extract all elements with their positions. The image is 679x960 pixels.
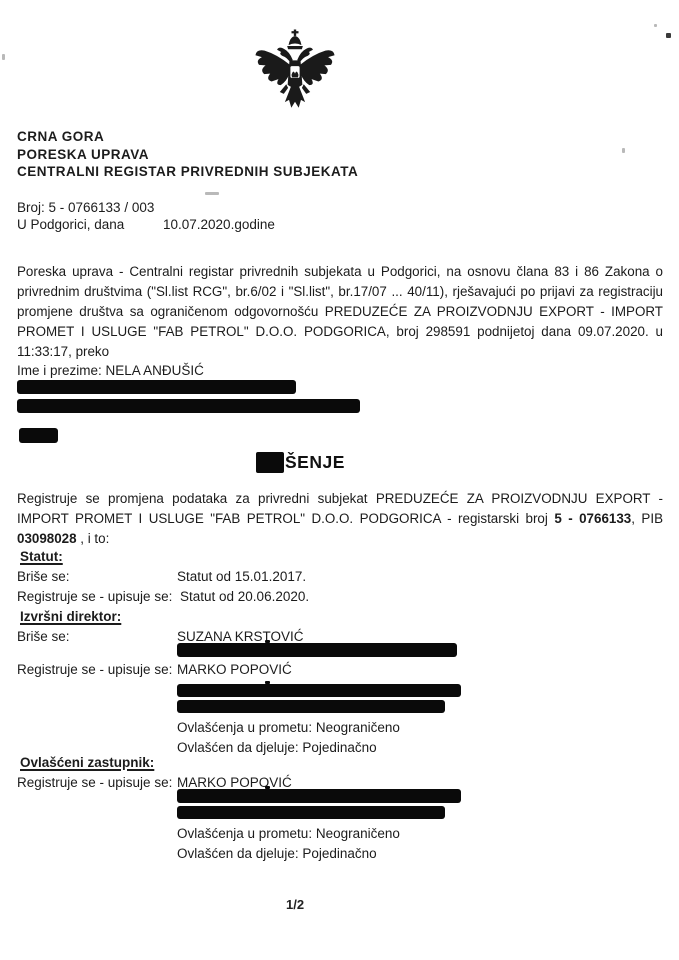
submitter-line: Ime i prezime: NELA ANĐUŠIĆ: [17, 361, 204, 381]
scan-speck: [622, 148, 625, 153]
registry-number: 5 - 0766133: [554, 511, 631, 526]
letterhead: CRNA GORA PORESKA UPRAVA CENTRALNI REGIS…: [17, 128, 358, 181]
decision-paragraph-part: , PIB: [631, 511, 663, 526]
decision-title: ŠENJE: [256, 452, 345, 473]
decision-paragraph-part: , i to:: [77, 531, 110, 546]
pib-number: 03098028: [17, 531, 77, 546]
director-old-name: SUZANA KRSTOVIĆ: [177, 629, 304, 644]
date-value: 10.07.2020.godine: [163, 217, 275, 233]
registruje-se-label: Registruje se - upisuje se:: [17, 589, 172, 604]
case-number: Broj: 5 - 0766133 / 003: [17, 200, 154, 216]
page-number: 1/2: [286, 897, 304, 912]
director-acting-mode: Ovlašćen da djeluje: Pojedinačno: [177, 740, 377, 755]
director-authority-scope: Ovlašćenja u prometu: Neograničeno: [177, 720, 400, 735]
redaction-bar: [177, 700, 445, 713]
section-heading-zastupnik: Ovlašćeni zastupnik:: [20, 755, 154, 770]
section-heading-direktor: Izvršni direktor:: [20, 609, 121, 624]
scan-speck: [205, 192, 219, 195]
redaction-bar: [177, 806, 445, 819]
statut-new-value: Statut od 20.06.2020.: [180, 589, 309, 604]
letterhead-authority: PORESKA UPRAVA: [17, 146, 358, 164]
redaction-bar: [177, 643, 457, 657]
submitter-name: NELA ANĐUŠIĆ: [106, 363, 204, 378]
section-heading-statut: Statut:: [20, 549, 63, 564]
coat-of-arms-icon: [249, 29, 341, 122]
representative-name: MARKO POPOVIĆ: [177, 775, 292, 790]
decision-paragraph: Registruje se promjena podataka za privr…: [17, 489, 663, 549]
representative-acting-mode: Ovlašćen da djeluje: Pojedinačno: [177, 846, 377, 861]
scan-speck: [654, 24, 657, 27]
redaction-bar: [17, 399, 360, 413]
decision-title-text: ŠENJE: [285, 452, 345, 473]
redaction-bar: [177, 789, 461, 803]
place-line: U Podgorici, dana: [17, 217, 124, 233]
brise-se-label: Briše se:: [17, 569, 70, 584]
intro-paragraph: Poreska uprava - Centralni registar priv…: [17, 262, 663, 362]
document-page: { "colors": { "background": "#ffffff", "…: [0, 0, 679, 960]
letterhead-country: CRNA GORA: [17, 128, 358, 146]
redaction-bar: [177, 684, 461, 697]
representative-authority-scope: Ovlašćenja u prometu: Neograničeno: [177, 826, 400, 841]
director-new-name: MARKO POPOVIĆ: [177, 662, 292, 677]
registruje-se-label: Registruje se - upisuje se:: [17, 662, 172, 677]
redaction-bar: [19, 428, 58, 443]
brise-se-label: Briše se:: [17, 629, 70, 644]
registruje-se-label: Registruje se - upisuje se:: [17, 775, 172, 790]
scan-speck: [666, 33, 671, 38]
statut-old-value: Statut od 15.01.2017.: [177, 569, 306, 584]
redaction-bar: [17, 380, 296, 394]
scan-speck: [2, 54, 5, 60]
submitter-label: Ime i prezime:: [17, 363, 102, 378]
letterhead-registry: CENTRALNI REGISTAR PRIVREDNIH SUBJEKATA: [17, 163, 358, 181]
redaction-bar: [256, 452, 284, 473]
